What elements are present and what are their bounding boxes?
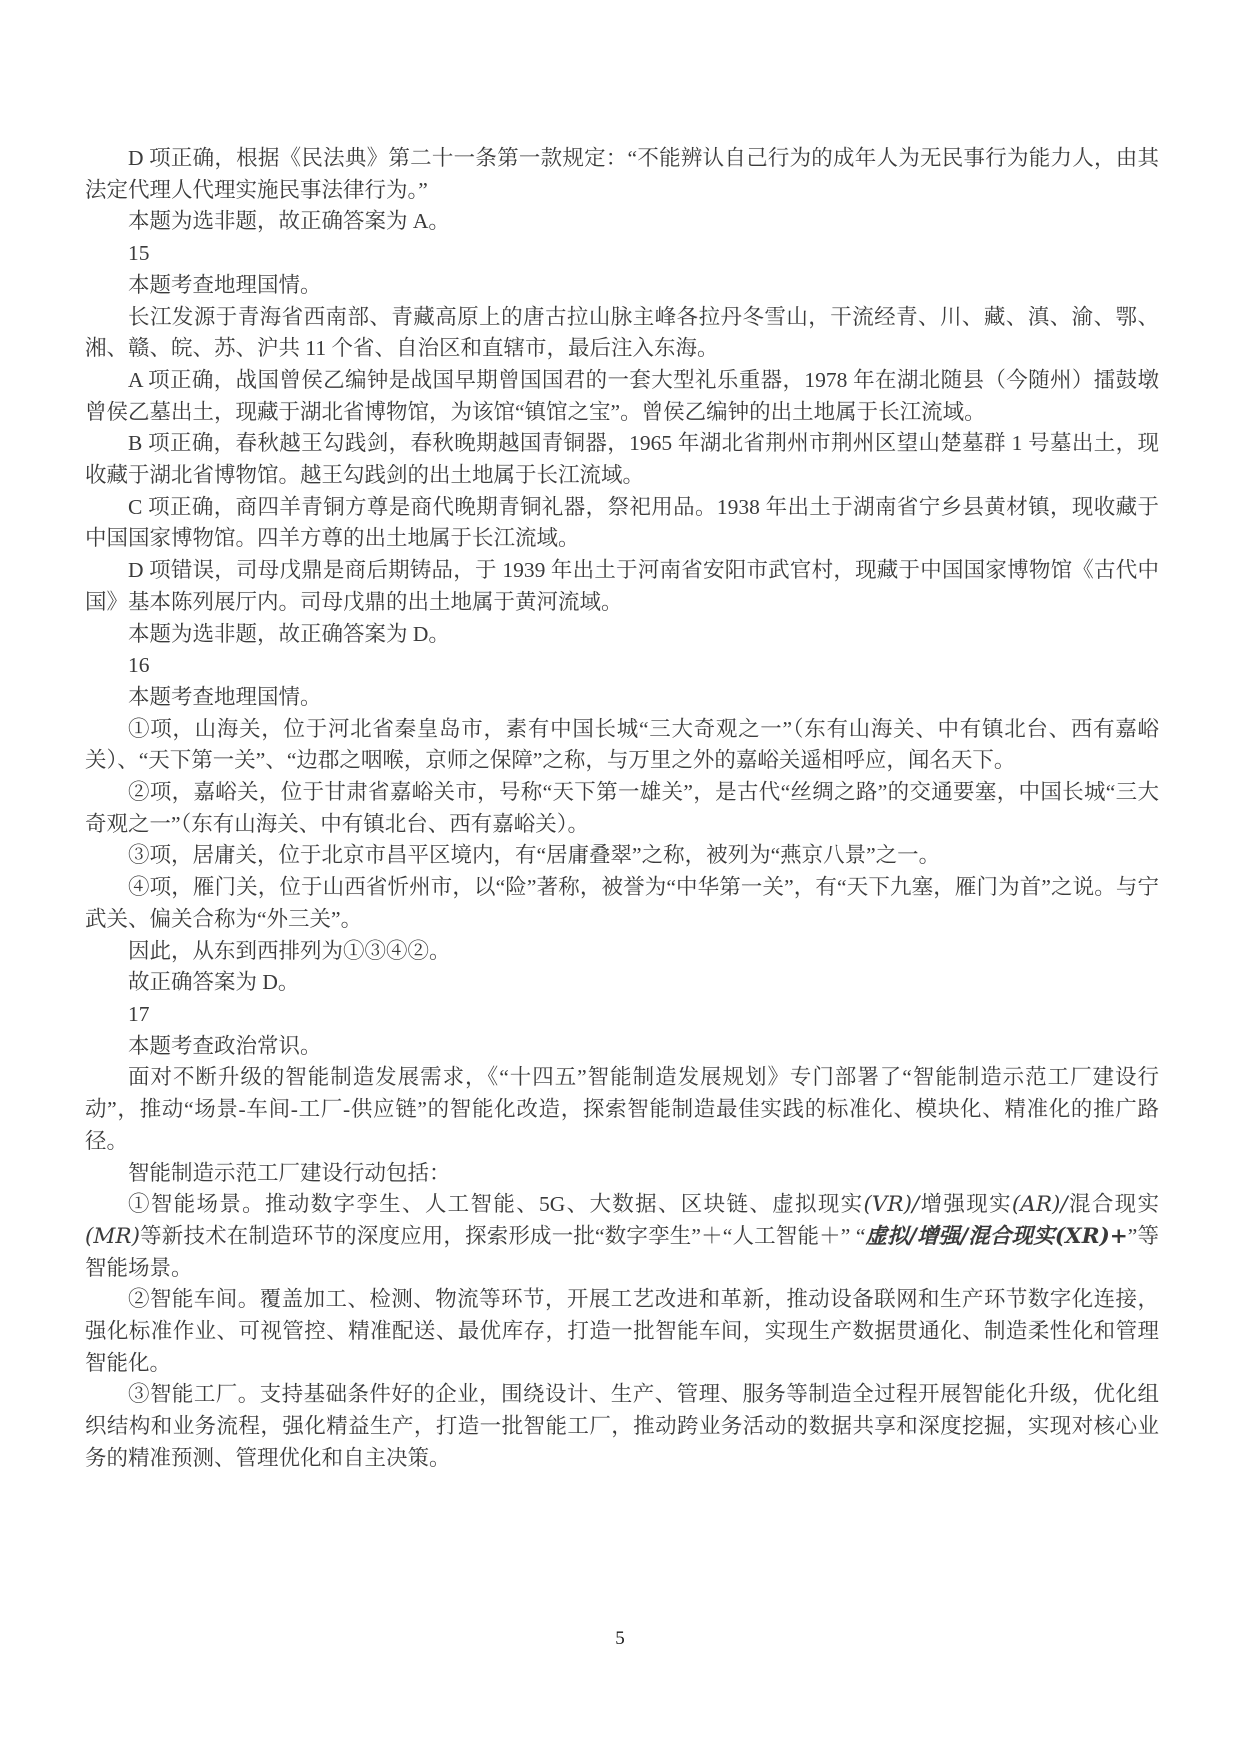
paragraph-9: D 项错误，司母戊鼎是商后期铸品，于 1939 年出土于河南省安阳市武官村，现藏… <box>85 555 1159 618</box>
paragraph-5: 长江发源于青海省西南部、青藏高原上的唐古拉山脉主峰各拉丹冬雪山，干流经青、川、藏… <box>85 302 1159 365</box>
text-segment: 15 <box>128 241 150 265</box>
paragraph-17: 因此，从东到西排列为①③④②。 <box>85 936 1159 968</box>
text-segment: 本题考查政治常识。 <box>128 1034 322 1058</box>
text-segment: 16 <box>128 653 150 677</box>
text-segment: ③项，居庸关，位于北京市昌平区境内，有“居庸叠翠”之称，被列为“燕京八景”之一。 <box>128 843 940 867</box>
paragraph-14: ②项，嘉峪关，位于甘肃省嘉峪关市，号称“天下第一雄关”，是古代“丝绸之路”的交通… <box>85 777 1159 840</box>
text-segment: D 项错误，司母戊鼎是商后期铸品，于 1939 年出土于河南省安阳市武官村，现藏… <box>85 558 1159 614</box>
text-segment: ③智能工厂。支持基础条件好的企业，围绕设计、生产、管理、服务等制造全过程开展智能… <box>85 1382 1159 1469</box>
text-segment: 混合现实 <box>1068 1192 1159 1216</box>
text-segment: 增强现实 <box>919 1192 1012 1216</box>
paragraph-16: ④项，雁门关，位于山西省忻州市，以“险”著称，被誉为“中华第一关”，有“天下九塞… <box>85 872 1159 935</box>
paragraph-12: 本题考查地理国情。 <box>85 682 1159 714</box>
paragraph-2: 本题为选非题，故正确答案为 A。 <box>85 206 1159 238</box>
paragraph-11: 16 <box>85 650 1159 682</box>
paragraph-7: B 项正确，春秋越王勾践剑，春秋晚期越国青铜器，1965 年湖北省荆州市荆州区望… <box>85 428 1159 491</box>
text-segment: 本题为选非题，故正确答案为 A。 <box>128 209 450 233</box>
text-segment: 智能制造示范工厂建设行动包括： <box>128 1161 451 1185</box>
paragraph-21: 面对不断升级的智能制造发展需求，《“十四五”智能制造发展规划》专门部署了“智能制… <box>85 1062 1159 1157</box>
text-segment: 故正确答案为 D。 <box>128 970 299 994</box>
paragraph-13: ①项，山海关，位于河北省秦皇岛市，素有中国长城“三大奇观之一”（东有山海关、中有… <box>85 714 1159 777</box>
text-segment: 本题为选非题，故正确答案为 D。 <box>128 622 450 646</box>
paragraph-4: 本题考查地理国情。 <box>85 270 1159 302</box>
page-background: D 项正确，根据《民法典》第二十一条第一款规定：“不能辨认自己行为的成年人为无民… <box>0 0 1240 1754</box>
paragraph-6: A 项正确，战国曾侯乙编钟是战国早期曾国国君的一套大型礼乐重器，1978 年在湖… <box>85 365 1159 428</box>
text-segment: 本题考查地理国情。 <box>128 685 322 709</box>
paragraph-8: C 项正确，商四羊青铜方尊是商代晚期青铜礼器，祭祀用品。1938 年出土于湖南省… <box>85 492 1159 555</box>
text-segment: 等新技术在制造环节的深度应用，探索形成一批“数字孪生”＋“人工智能＋” “ <box>140 1224 865 1248</box>
paragraph-19: 17 <box>85 999 1159 1031</box>
text-segment: B 项正确，春秋越王勾践剑，春秋晚期越国青铜器，1965 年湖北省荆州市荆州区望… <box>85 431 1159 487</box>
text-segment: ①项，山海关，位于河北省秦皇岛市，素有中国长城“三大奇观之一”（东有山海关、中有… <box>85 717 1159 773</box>
text-segment: 17 <box>128 1002 150 1026</box>
paragraph-20: 本题考查政治常识。 <box>85 1031 1159 1063</box>
formula-segment: (VR)/ <box>864 1192 920 1217</box>
paragraph-1: D 项正确，根据《民法典》第二十一条第一款规定：“不能辨认自己行为的成年人为无民… <box>85 143 1159 206</box>
text-segment: A 项正确，战国曾侯乙编钟是战国早期曾国国君的一套大型礼乐重器，1978 年在湖… <box>85 368 1159 424</box>
paragraph-22: 智能制造示范工厂建设行动包括： <box>85 1158 1159 1190</box>
document-page: { "footer": { "page_number": "5" }, "con… <box>0 0 1240 1754</box>
paragraph-3: 15 <box>85 238 1159 270</box>
text-segment: D 项正确，根据《民法典》第二十一条第一款规定：“不能辨认自己行为的成年人为无民… <box>85 146 1159 202</box>
text-segment: 长江发源于青海省西南部、青藏高原上的唐古拉山脉主峰各拉丹冬雪山，干流经青、川、藏… <box>85 305 1159 361</box>
formula-segment: (AR)/ <box>1012 1192 1068 1217</box>
text-segment: C 项正确，商四羊青铜方尊是商代晚期青铜礼器，祭祀用品。1938 年出土于湖南省… <box>85 495 1159 551</box>
text-segment: ②智能车间。覆盖加工、检测、物流等环节，开展工艺改进和革新，推动设备联网和生产环… <box>85 1287 1159 1374</box>
page-number: 5 <box>0 1628 1240 1650</box>
formula-segment: 虚拟/增强/混合现实(XR)+ <box>865 1224 1127 1249</box>
text-segment: 面对不断升级的智能制造发展需求，《“十四五”智能制造发展规划》专门部署了“智能制… <box>85 1065 1159 1152</box>
formula-segment: (MR) <box>85 1224 140 1249</box>
text-segment: ④项，雁门关，位于山西省忻州市，以“险”著称，被誉为“中华第一关”，有“天下九塞… <box>85 875 1159 931</box>
text-segment: 因此，从东到西排列为①③④②。 <box>128 939 451 963</box>
text-segment: 本题考查地理国情。 <box>128 273 322 297</box>
paragraph-18: 故正确答案为 D。 <box>85 967 1159 999</box>
paragraph-10: 本题为选非题，故正确答案为 D。 <box>85 619 1159 651</box>
paragraph-25: ③智能工厂。支持基础条件好的企业，围绕设计、生产、管理、服务等制造全过程开展智能… <box>85 1379 1159 1474</box>
text-segment: ①智能场景。推动数字孪生、人工智能、5G、大数据、区块链、虚拟现实 <box>128 1192 864 1216</box>
paragraph-23: ①智能场景。推动数字孪生、人工智能、5G、大数据、区块链、虚拟现实(VR)/增强… <box>85 1189 1159 1284</box>
paragraph-15: ③项，居庸关，位于北京市昌平区境内，有“居庸叠翠”之称，被列为“燕京八景”之一。 <box>85 840 1159 872</box>
paragraph-24: ②智能车间。覆盖加工、检测、物流等环节，开展工艺改进和革新，推动设备联网和生产环… <box>85 1284 1159 1379</box>
text-segment: ②项，嘉峪关，位于甘肃省嘉峪关市，号称“天下第一雄关”，是古代“丝绸之路”的交通… <box>85 780 1159 836</box>
answer-text: D 项正确，根据《民法典》第二十一条第一款规定：“不能辨认自己行为的成年人为无民… <box>85 143 1159 1475</box>
